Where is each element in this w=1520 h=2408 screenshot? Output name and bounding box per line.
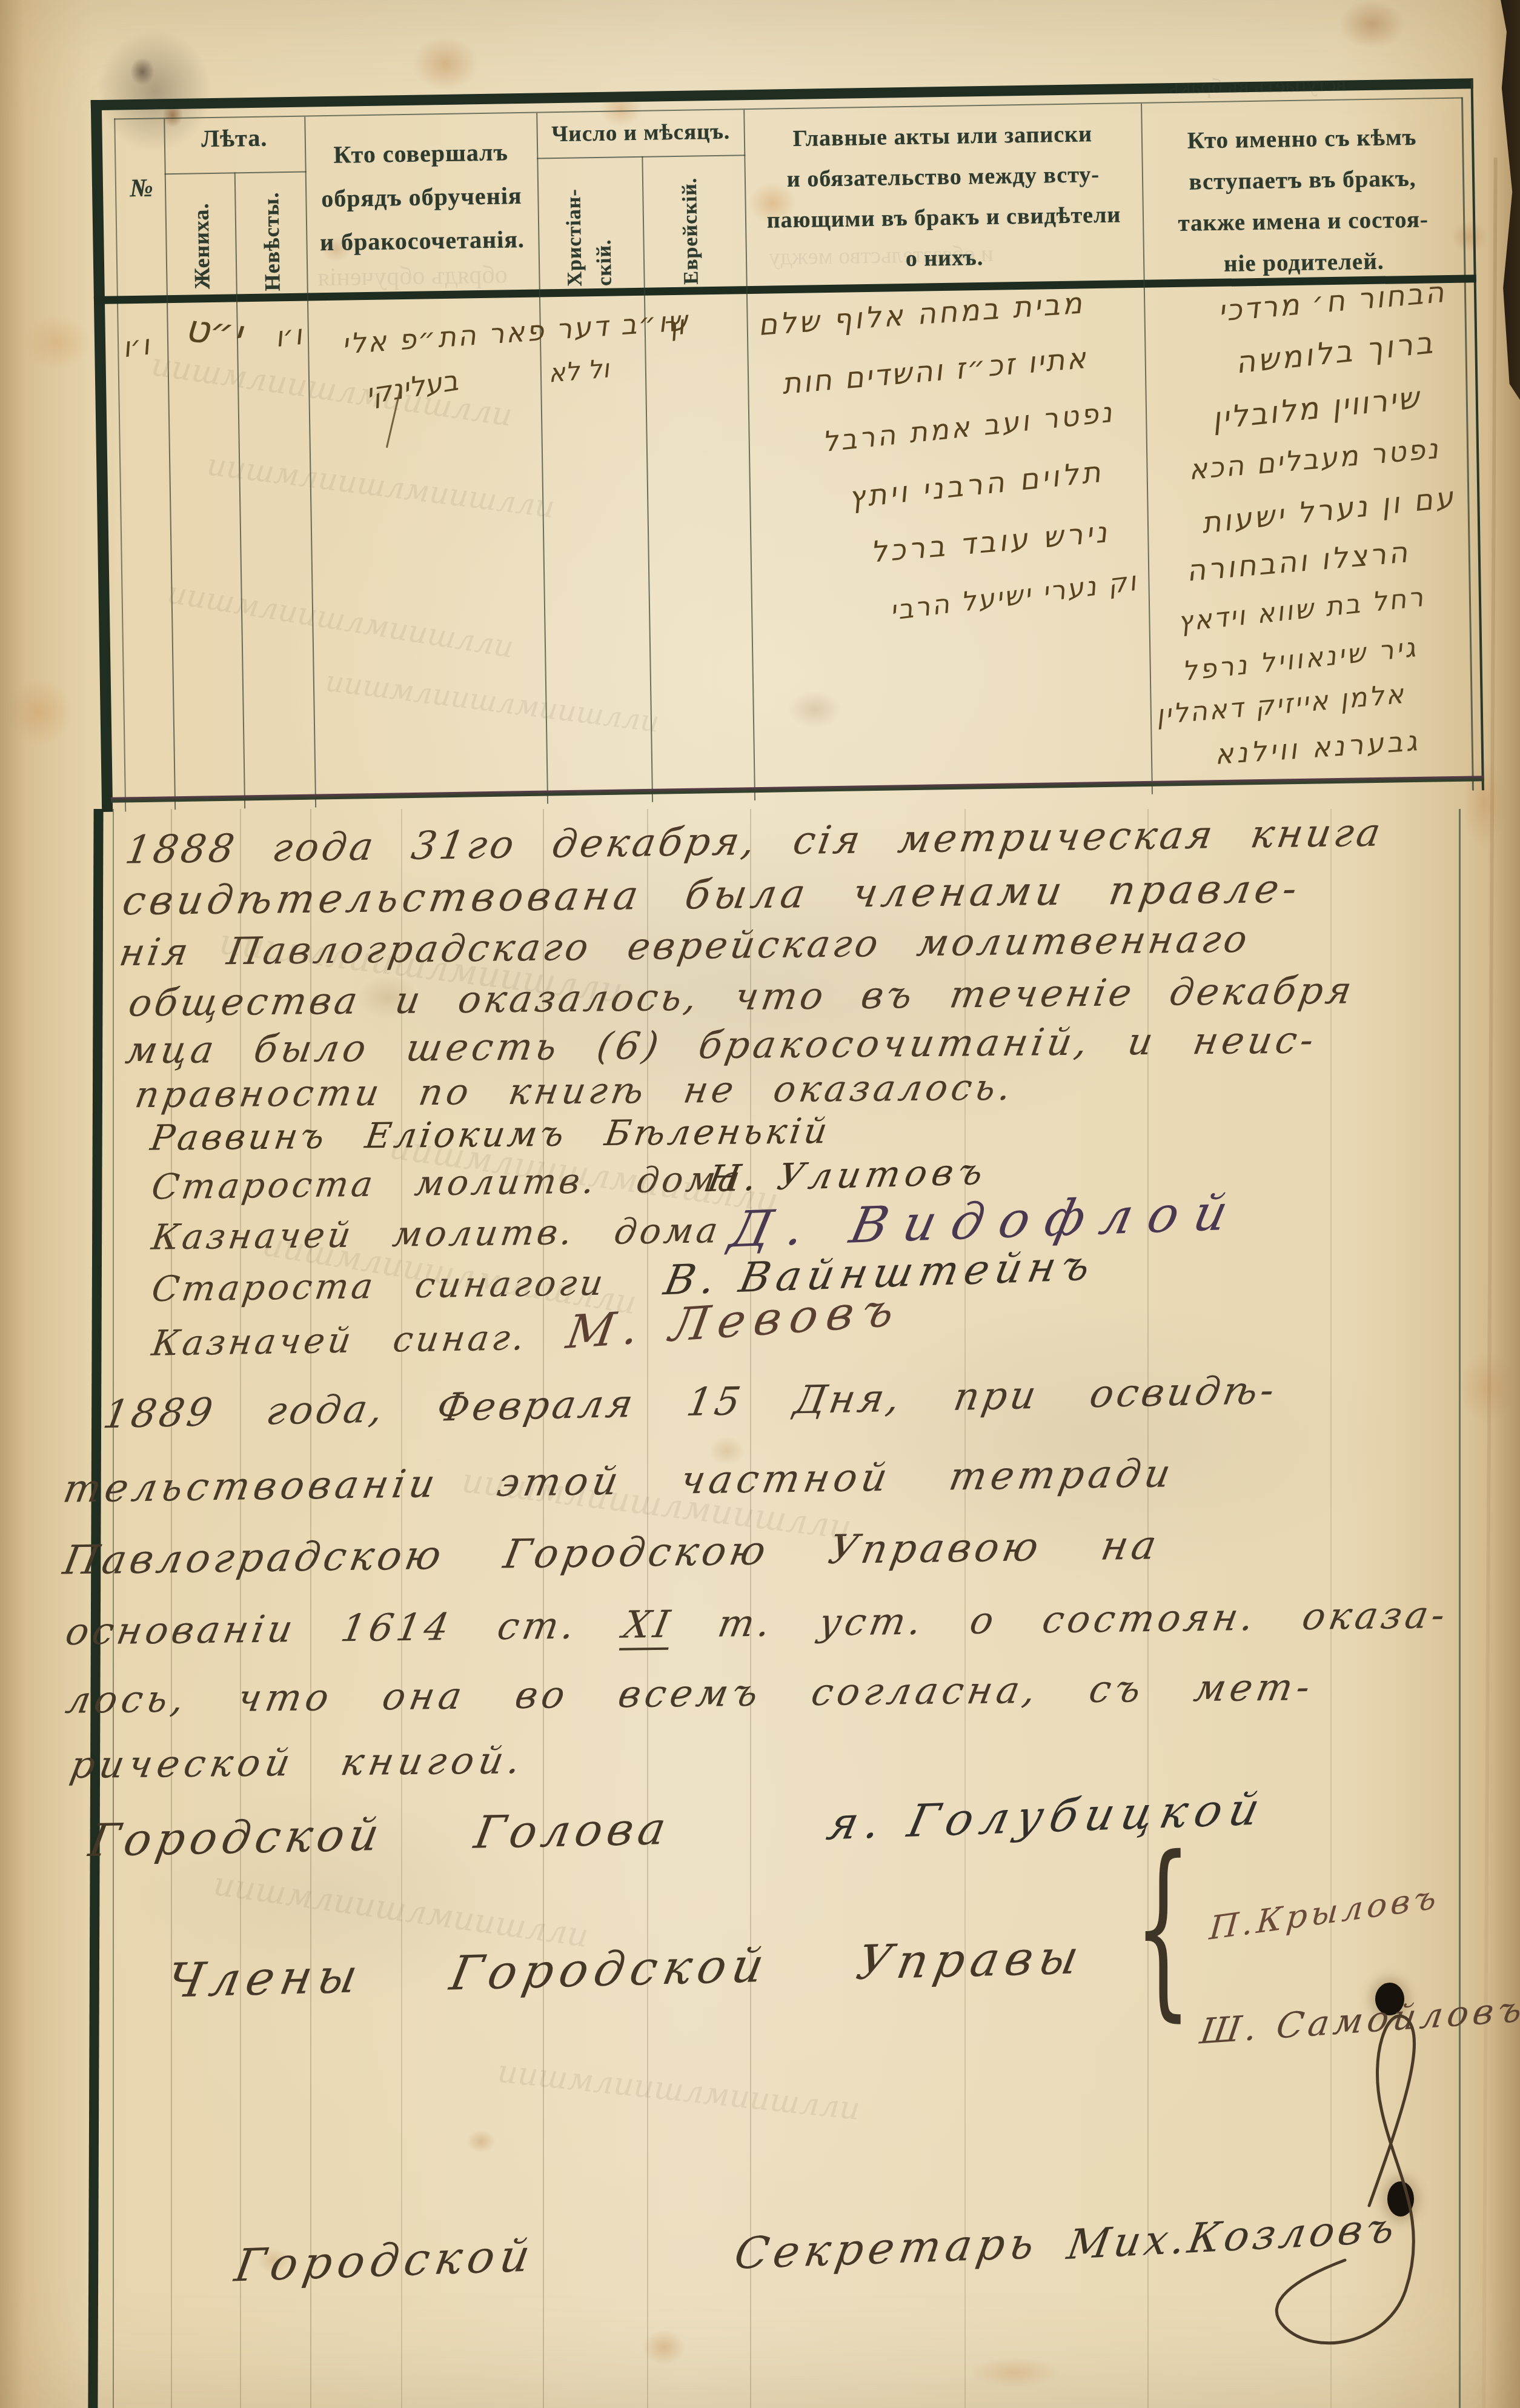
secretary-label-word1: Городской <box>231 2229 539 2292</box>
record-acts-hand-line: מבית במחה אלוף שלם <box>757 286 1085 342</box>
attestation-1888-line: мца было шесть (6) бракосочитаній, и неи… <box>122 1017 1320 1072</box>
stain <box>969 2357 1060 2387</box>
show-through-text: обрядъ обрученія <box>317 260 508 292</box>
record-who-hand-line: הרצלו והבחורה <box>1185 535 1411 588</box>
attestation-1889-line5: лось, что она во всемъ согласна, съ мет- <box>62 1665 1318 1722</box>
col-line <box>1141 104 1153 794</box>
members-label: Члены Городской Управы <box>162 1930 1089 2008</box>
table-left-inner-line <box>114 119 126 812</box>
attestation-1889-line4: основаніи 1614 ст. XI т. уст. о состоян.… <box>62 1592 1452 1654</box>
attestation-1888-line: свидѣтельствована была членами правле- <box>119 865 1305 924</box>
secretary-label-word2: Секретарь <box>731 2217 1043 2278</box>
record-who-hand-line: אלמן אייזיק דאהלין <box>1155 679 1407 731</box>
column-header-no: № <box>119 173 165 203</box>
column-header-age-bride: Невѣсты. <box>258 179 285 291</box>
record-who-hand-line: ברוך בלומשה <box>1233 325 1436 381</box>
column-header-age-groom: Жениха. <box>188 183 215 290</box>
col-line <box>234 172 245 808</box>
column-header-age: Лѣта. <box>164 123 305 154</box>
record-who-hand-line: עם ון נערל ישעות <box>1200 481 1457 540</box>
record-who-hand-line: גיר שינאוויל נרפל <box>1181 632 1419 687</box>
record-acts-hand-line: אתיו זכ״ז והשדים חות <box>780 341 1089 401</box>
column-header-who-line2: вступаетъ въ бракъ, <box>1142 164 1464 196</box>
show-through-scribble: иишмлиишлмиишлли <box>165 574 516 665</box>
record-acts-hand-line: נפטר ועב אמת הרבל <box>821 396 1116 458</box>
record-bride-age-mark: ו׳ו <box>273 318 304 353</box>
record-who-hand-line: רחל בת שווא וידאץ <box>1177 582 1427 638</box>
record-date-jewish-mark: וך <box>661 310 686 343</box>
column-header-acts-line3: пающими въ бракъ и свидѣтели <box>745 201 1143 234</box>
col-line <box>164 119 176 810</box>
attestation-1889-line1: 1889 года, Февраля 15 Дня, при освидѣ- <box>100 1368 1281 1437</box>
table-right-border-outer <box>1470 78 1484 790</box>
column-header-date-christian-line2: скій. <box>592 228 616 287</box>
attestation-1889-line3: Павлоградскою Городскою Управою на <box>60 1522 1164 1583</box>
column-header-date: Число и мѣсяцъ. <box>536 118 745 147</box>
attestation-1889-line4-pre: основаніи 1614 ст. <box>62 1603 628 1654</box>
show-through-text: и обязательство между <box>769 241 994 271</box>
column-header-who-line1: Кто именно съ кѣмъ <box>1141 123 1463 155</box>
show-through-scribble: иишмлиишлмиишлли <box>496 2054 862 2127</box>
kaznachei-molitv-label: Казначей молитв. дома <box>149 1209 723 1257</box>
record-groom-age-mark: י״ט <box>183 305 244 356</box>
statute-volume-roman-numeral: XI <box>619 1602 677 1651</box>
record-who-hand-line: נפטר מעבלים הכא <box>1187 432 1441 486</box>
date-subheader-rule <box>537 155 745 159</box>
column-header-officiant-line3: и бракосочетанія. <box>306 225 539 257</box>
attestation-1889-line4-post: т. уст. о состоян. оказа- <box>669 1592 1452 1646</box>
member-signature-1: П.Крыловъ <box>1208 1878 1441 1947</box>
attestation-1888-line: 1888 года 31го декабря, сія метрическая … <box>122 811 1387 873</box>
attestation-1889-line6: рической книгой. <box>67 1738 529 1787</box>
stain <box>466 2130 496 2153</box>
record-date-christian-marks: ול לא <box>547 353 610 388</box>
column-header-date-jewish: Еврейскій. <box>679 166 703 285</box>
record-acts-hand-line: תלוים הרבני ויתץ <box>847 455 1105 515</box>
scanned-metrical-book-page: № Лѣта. Жениха. Невѣсты. Кто совершалъ о… <box>0 0 1520 2408</box>
attestation-1888-line: правности по книгѣ не оказалось. <box>132 1066 1018 1117</box>
record-no-mark: ו׳ו <box>121 328 151 364</box>
column-header-officiant-line2: обрядъ обрученія <box>305 181 538 213</box>
section-divider-rule <box>111 776 1484 803</box>
show-through-scribble: иишмлиишлмиишлли <box>205 447 557 525</box>
record-acts-hand-line: נירש עובד ברכל <box>869 515 1111 570</box>
show-through-text: вступаетъ въ бракъ <box>1169 72 1346 100</box>
column-header-acts-line1: Главные акты или записки <box>744 120 1142 153</box>
table-left-border <box>91 100 113 812</box>
show-through-scribble: иишмлиишлмиишлли <box>149 347 514 434</box>
stain <box>642 2330 686 2365</box>
golova-label: Городской Голова <box>85 1803 675 1867</box>
golova-signature: я. Голубицкой <box>823 1783 1272 1851</box>
record-acts-hand-line: וק נערי ישיעל הרבי <box>888 566 1139 627</box>
signature-flourish <box>1115 2000 1502 2375</box>
column-header-who-line4: ніе родителей. <box>1143 247 1465 279</box>
column-header-date-christian-line1: Христіан- <box>562 171 587 287</box>
column-header-acts-line2: и обязательство между всту- <box>745 161 1143 193</box>
column-header-who-line3: также имена и состоя- <box>1143 205 1464 238</box>
record-officiant-hand-line1: שו״ב דער פאר הת״פ אלי <box>341 304 690 361</box>
record-who-hand-line: גבערנא ווילנא <box>1213 724 1421 771</box>
record-who-hand-line: שירווין מלובלין <box>1210 380 1422 436</box>
column-header-officiant-line1: Кто совершалъ <box>305 138 537 170</box>
kaznachei-sinag-label: Казначей синаг. <box>149 1317 530 1364</box>
show-through-scribble: иишмлиишлмиишлли <box>324 664 661 739</box>
register-table: № Лѣта. Жениха. Невѣсты. Кто совершалъ о… <box>0 0 1520 813</box>
